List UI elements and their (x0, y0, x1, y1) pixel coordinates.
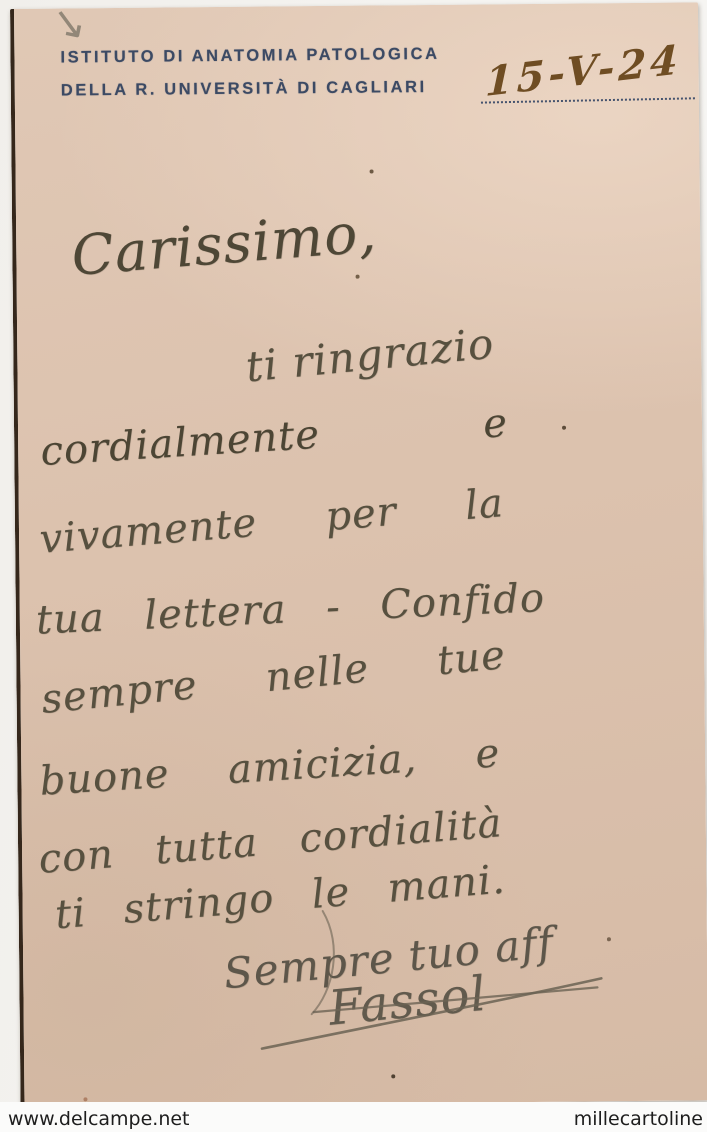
postcard: ↘ ISTITUTO DI ANATOMIA PATOLOGICA DELLA … (10, 2, 707, 1107)
handwriting-line: vivamente per la (38, 480, 506, 563)
scanner-footer-strip: www.delcampe.net millecartoline (0, 1102, 707, 1132)
handwriting-line: buone amicizia, e (38, 730, 501, 804)
handwriting-line-salutation: Carissimo, (69, 200, 379, 288)
handwriting-line: cordialmente e (39, 400, 509, 475)
letterhead-line-2: DELLA R. UNIVERSITÀ DI CAGLIARI (61, 78, 427, 101)
paper-specks (14, 9, 16, 11)
letterhead-line-1: ISTITUTO DI ANATOMIA PATOLOGICA (60, 45, 439, 68)
pencil-arrow-icon: ↘ (46, 0, 91, 50)
handwriting-line: ti ringrazio (244, 319, 497, 392)
handwriting-line: sempre nelle tue (39, 632, 507, 723)
scanned-postcard-image: ↘ ISTITUTO DI ANATOMIA PATOLOGICA DELLA … (0, 0, 707, 1132)
handwriting-line: tua lettera - Confido (35, 575, 546, 644)
watermark-millecartoline: millecartoline (574, 1108, 703, 1130)
watermark-delcampe: www.delcampe.net (8, 1108, 190, 1130)
